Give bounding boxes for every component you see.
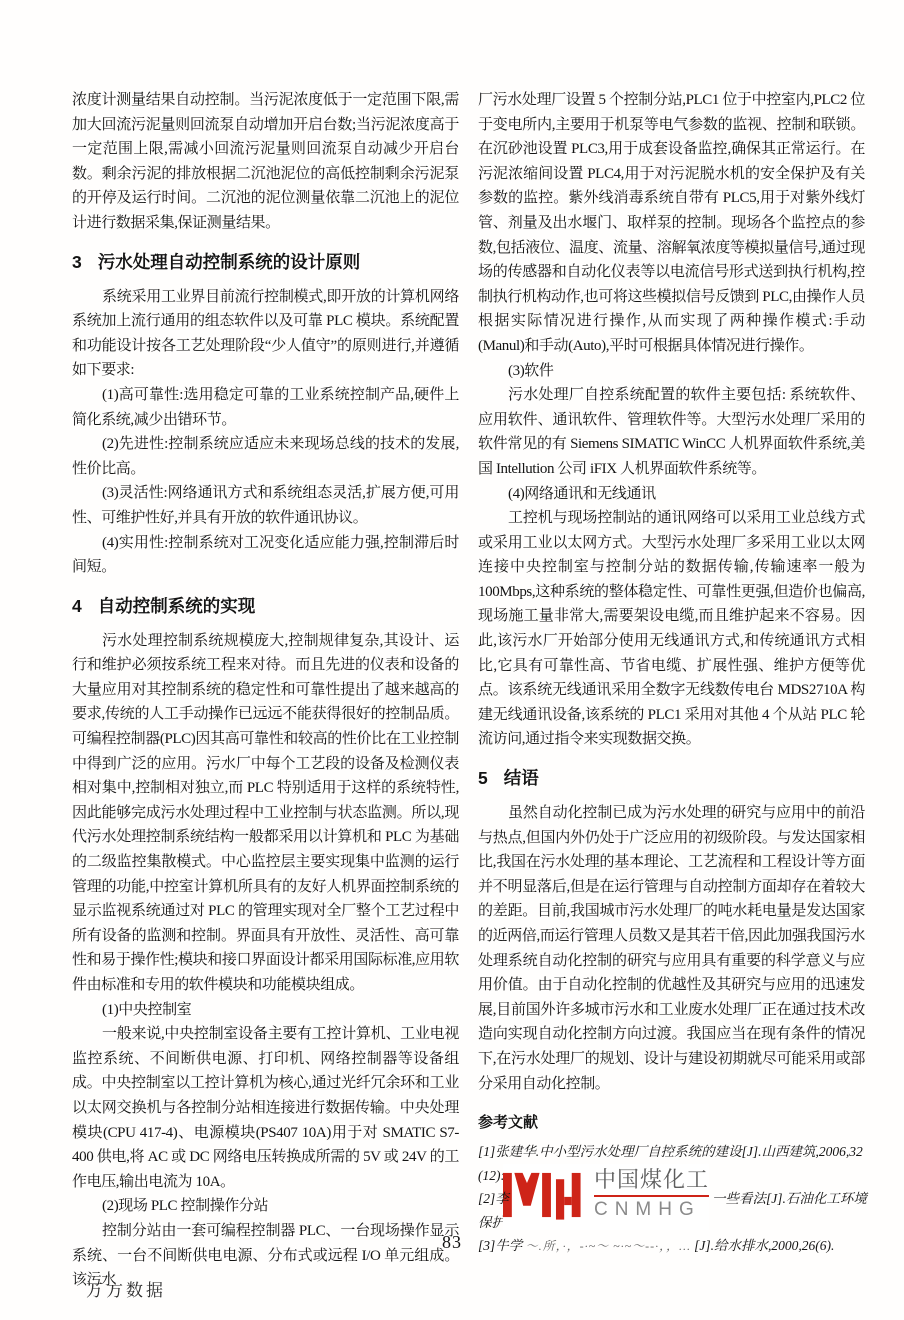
central-control-room-paragraph: 一般来说,中央控制室设备主要有工控计算机、工业电视监控系统、不间断供电源、打印机… [72,1022,459,1194]
section-3-title: 污水处理自动控制系统的设计原则 [98,252,361,272]
subsection-central-control-room: (1)中央控制室 [72,998,459,1023]
wanfang-data-label: 万方数据 [86,1276,166,1301]
paragraph-sludge-control: 浓度计测量结果自动控制。当污泥浓度低于一定范围下限,需加大回流污泥量则回流泵自动… [72,88,459,236]
reference-1-line-1: [1]张建华.中小型污水处理厂自控系统的建设[J].山西建筑,2006,32 [478,1140,865,1164]
section-4-paragraph: 污水处理控制系统规模庞大,控制规律复杂,其设计、运行和维护必须按系统工程来对待。… [72,629,459,998]
design-principle-4: (4)实用性:控制系统对工况变化适应能力强,控制滞后时间短。 [72,531,459,580]
references-section: 参考文献 [1]张建华.中小型污水处理厂自控系统的建设[J].山西建筑,2006… [478,1110,865,1259]
section-5-title: 结语 [504,768,539,788]
paper-page: 浓度计测量结果自动控制。当污泥浓度低于一定范围下限,需加大回流污泥量则回流泵自动… [0,0,904,1320]
reference-3-line: [3]牛学 ～.所，·，-·~～ ~·~～--·，，… [J].给水排水,200… [478,1234,865,1259]
network-wireless-paragraph: 工控机与现场控制站的通讯网络可以采用工业总线方式或采用工业以太网方式。大型污水处… [478,506,865,752]
section-4-number: 4 [72,596,82,616]
software-paragraph: 污水处理厂自控系统配置的软件主要包括: 系统软件、应用软件、通讯软件、管理软件等… [478,383,865,481]
section-4-heading: 4自动控制系统的实现 [72,594,459,619]
left-column: 浓度计测量结果自动控制。当污泥浓度低于一定范围下限,需加大回流污泥量则回流泵自动… [72,88,459,1293]
subsection-network-wireless: (4)网络通讯和无线通讯 [478,482,865,507]
reference-2-head: [2]李 [478,1191,509,1206]
reference-3-tail: [J].给水排水,2000,26(6). [694,1238,834,1253]
section-5-heading: 5结语 [478,766,865,791]
reference-2-line-1: [2]李 一些看法[J].石油化工环境 [478,1187,865,1211]
reference-3-head: [3]牛学 [478,1238,522,1253]
design-principle-1: (1)高可靠性:选用稳定可靠的工业系统控制产品,硬件上简化系统,减少出错环节。 [72,383,459,432]
section-4-title: 自动控制系统的实现 [98,596,256,616]
conclusion-paragraph: 虽然自动化控制已成为污水处理的研究与应用中的前沿与热点,但国内外仍处于广泛应用的… [478,801,865,1096]
reference-3-obscured-text: ～.所，·，-·~～ ~·~～--·，，… [526,1239,691,1253]
design-principle-3: (3)灵活性:网络通讯方式和系统组态灵活,扩展方便,可用性、可维护性好,并具有开… [72,481,459,530]
right-column: 厂污水处理厂设置 5 个控制分站,PLC1 位于中控室内,PLC2 位于变电所内… [478,88,865,1259]
section-3-heading: 3污水处理自动控制系统的设计原则 [72,250,459,275]
subsection-software: (3)软件 [478,359,865,384]
section-5-number: 5 [478,768,488,788]
references-title: 参考文献 [478,1110,865,1136]
design-principle-2: (2)先进性:控制系统应适应未来现场总线的技术的发展,性价比高。 [72,432,459,481]
reference-2-tail: 一些看法[J].石油化工环境 [712,1187,867,1211]
subsection-field-plc-station: (2)现场 PLC 控制操作分站 [72,1194,459,1219]
plc-stations-paragraph: 厂污水处理厂设置 5 个控制分站,PLC1 位于中控室内,PLC2 位于变电所内… [478,88,865,359]
section-3-number: 3 [72,252,82,272]
section-3-intro: 系统采用工业界目前流行控制模式,即开放的计算机网络系统加上流行通用的组态软件以及… [72,285,459,383]
